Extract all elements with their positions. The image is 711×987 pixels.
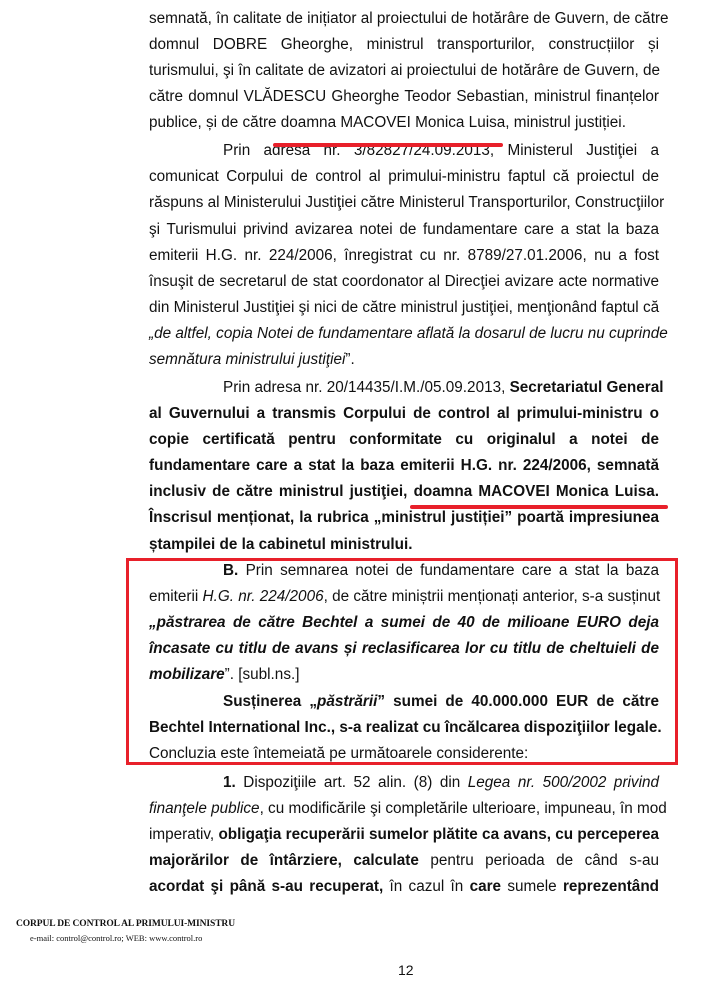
text-segment: şi Turismului privind avizarea notei de … [149,221,659,238]
text-segment: Dispoziţiile art. 52 alin. (8) din [236,774,468,791]
text-line: Prin adresa nr. 20/14435/I.M./05.09.2013… [149,379,659,397]
text-line: al Guvernului a transmis Corpului de con… [149,405,659,423]
text-line: Înscrisul menționat, la rubrica „ministr… [149,509,659,527]
text-segment: ștampilei de la cabinetul ministrului. [149,536,413,553]
text-line: copie certificată pentru conformitate cu… [149,431,659,449]
text-segment: comunicat Corpului de control al primulu… [149,168,659,185]
text-segment: inclusiv de către ministrul justiţiei, d… [149,483,659,500]
text-line: „de altfel, copia Notei de fundamentare … [149,325,659,343]
underline-macovei-1 [273,143,503,147]
text-line: emiterii H.G. nr. 224/2006, înregistrat … [149,247,659,265]
text-segment: obligaţia recuperării sumelor plătite ca… [218,826,659,843]
text-segment: „de altfel, copia Notei de fundamentare … [149,325,668,342]
text-segment: turismului, şi în calitate de avizatori … [149,62,660,79]
text-segment: publice, și de către doamna MACOVEI Moni… [149,114,626,131]
text-segment: semnată, în calitate de inițiator al pro… [149,10,669,27]
text-segment: reprezentând [563,878,659,895]
text-segment: 1. [223,774,236,791]
text-segment: DOBRE [213,36,267,53]
text-line: semnătura ministrului justiţiei”. [149,351,659,369]
text-segment: copie certificată pentru conformitate cu… [149,431,659,448]
text-line: domnul DOBRE Gheorghe, ministrul transpo… [149,36,659,54]
text-segment: în cazul în [383,878,469,895]
text-segment: , cu modificările şi completările ulteri… [260,800,667,817]
text-line: ștampilei de la cabinetul ministrului. [149,536,659,554]
text-segment: fundamentare care a stat la baza emiteri… [149,457,659,474]
text-segment: Gheorghe, ministrul transporturilor, con… [267,36,659,53]
text-line: răspuns al Ministerului Justiţiei către … [149,194,659,212]
text-line: fundamentare care a stat la baza emiteri… [149,457,659,475]
text-line: acordat şi până s-au recuperat, în cazul… [149,878,659,896]
text-segment: finanţele publice [149,800,260,817]
page-number: 12 [398,962,414,978]
text-line: imperativ, obligaţia recuperării sumelor… [149,826,659,844]
text-segment: Legea nr. 500/2002 privind [468,774,659,791]
text-segment: care [470,878,501,895]
text-segment: din Ministerul Justiţiei şi nici de cătr… [149,299,659,316]
text-segment: ”. [345,351,354,368]
text-segment: Prin adresa nr. 20/14435/I.M./05.09.2013… [223,379,510,396]
text-segment: Înscrisul menționat, la rubrica „ministr… [149,509,659,526]
text-line: însuşit de secretarul de stat coordonato… [149,273,659,291]
text-line: majorărilor de întârziere, calculate pen… [149,852,659,870]
text-line: şi Turismului privind avizarea notei de … [149,221,659,239]
text-line: finanţele publice, cu modificările şi co… [149,800,659,818]
text-segment: imperativ, [149,826,218,843]
highlight-box-section-b [126,558,678,765]
text-line: 1. Dispoziţiile art. 52 alin. (8) din Le… [149,774,659,792]
text-line: din Ministerul Justiţiei şi nici de cătr… [149,299,659,317]
text-segment: însuşit de secretarul de stat coordonato… [149,273,659,290]
text-segment: către domnul VLĂDESCU Gheorghe Teodor Se… [149,88,659,105]
text-segment: acordat şi până s-au recuperat, [149,878,383,895]
text-segment: sumele [501,878,563,895]
footer-contact: e-mail: control@control.ro; WEB: www.con… [30,933,202,943]
text-line: comunicat Corpului de control al primulu… [149,168,659,186]
document-page: semnată, în calitate de inițiator al pro… [0,0,711,987]
underline-macovei-2 [410,505,668,509]
text-segment: al Guvernului a transmis Corpului de con… [149,405,659,422]
text-segment: emiterii H.G. nr. 224/2006, înregistrat … [149,247,659,264]
text-segment: semnătura ministrului justiţiei [149,351,345,368]
text-line: semnată, în calitate de inițiator al pro… [149,10,659,28]
text-segment: răspuns al Ministerului Justiţiei către … [149,194,664,211]
text-line: publice, și de către doamna MACOVEI Moni… [149,114,659,132]
text-segment: Secretariatul General [510,379,664,396]
text-segment: majorărilor de întârziere, calculate [149,852,419,869]
text-line: inclusiv de către ministrul justiţiei, d… [149,483,659,501]
text-segment: domnul [149,36,213,53]
footer-organization: CORPUL DE CONTROL AL PRIMULUI-MINISTRU [16,919,235,929]
text-segment: pentru perioada de când s-au [419,852,659,869]
text-line: către domnul VLĂDESCU Gheorghe Teodor Se… [149,88,659,106]
text-line: turismului, şi în calitate de avizatori … [149,62,659,80]
